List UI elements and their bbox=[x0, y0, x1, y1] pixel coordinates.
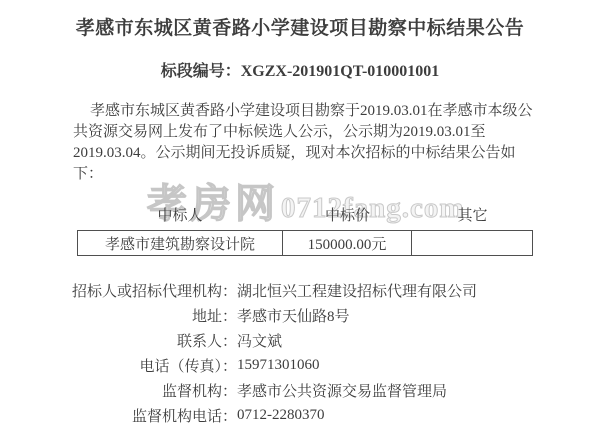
info-label: 联系人： bbox=[57, 330, 237, 351]
cell-other bbox=[412, 231, 532, 255]
section-number-label: 标段编号： bbox=[161, 63, 241, 80]
contact-info-block: 招标人或招标代理机构： 湖北恒兴工程建设招标代理有限公司 地址： 孝感市天仙路8… bbox=[57, 278, 477, 428]
section-number-line: 标段编号：XGZX-201901QT-010001001 bbox=[0, 58, 600, 81]
table-row: 孝感市建筑勘察设计院 150000.00元 bbox=[77, 230, 533, 256]
section-number-code: XGZX-201901QT-010001001 bbox=[241, 63, 440, 80]
column-header-other: 其它 bbox=[412, 204, 533, 225]
result-table-header: 中标人 中标价 其它 bbox=[77, 204, 533, 225]
info-label: 电话（传真）： bbox=[57, 355, 237, 376]
page-title: 孝感市东城区黄香路小学建设项目勘察中标结果公告 bbox=[0, 13, 600, 40]
info-row-phone-fax: 电话（传真）： 15971301060 bbox=[57, 353, 477, 378]
paragraph-line: 孝感市东城区黄香路小学建设项目勘察于2019.03.01在孝感市本级公 bbox=[73, 101, 535, 122]
info-row-contact-person: 联系人： 冯文斌 bbox=[57, 328, 477, 353]
info-value: 湖北恒兴工程建设招标代理有限公司 bbox=[237, 280, 477, 301]
info-row-address: 地址： 孝感市天仙路8号 bbox=[57, 303, 477, 328]
info-label: 监督机构电话： bbox=[57, 405, 237, 426]
info-row-agency: 招标人或招标代理机构： 湖北恒兴工程建设招标代理有限公司 bbox=[57, 278, 477, 303]
info-value: 15971301060 bbox=[237, 357, 320, 374]
info-label: 地址： bbox=[57, 305, 237, 326]
paragraph-line: 下： bbox=[73, 164, 535, 185]
info-row-supervisor-phone: 监督机构电话： 0712-2280370 bbox=[57, 403, 477, 428]
info-label: 招标人或招标代理机构： bbox=[57, 280, 237, 301]
announcement-page: 孝感市东城区黄香路小学建设项目勘察中标结果公告 标段编号：XGZX-201901… bbox=[0, 0, 600, 433]
cell-winning-price: 150000.00元 bbox=[283, 231, 412, 255]
info-value: 孝感市公共资源交易监督管理局 bbox=[237, 380, 447, 401]
paragraph-line: 2019.03.04。公示期间无投诉质疑，现对本次招标的中标结果公告如 bbox=[73, 143, 535, 164]
info-value: 孝感市天仙路8号 bbox=[237, 305, 350, 326]
cell-winner-name: 孝感市建筑勘察设计院 bbox=[78, 231, 283, 255]
info-label: 监督机构： bbox=[57, 380, 237, 401]
info-row-supervisor: 监督机构： 孝感市公共资源交易监督管理局 bbox=[57, 378, 477, 403]
column-header-winner: 中标人 bbox=[77, 204, 283, 225]
paragraph-line: 共资源交易网上发布了中标候选人公示，公示期为2019.03.01至 bbox=[73, 122, 535, 143]
info-value: 冯文斌 bbox=[237, 330, 282, 351]
info-value: 0712-2280370 bbox=[237, 407, 325, 424]
column-header-price: 中标价 bbox=[283, 204, 412, 225]
announcement-paragraph: 孝感市东城区黄香路小学建设项目勘察于2019.03.01在孝感市本级公 共资源交… bbox=[73, 101, 535, 185]
